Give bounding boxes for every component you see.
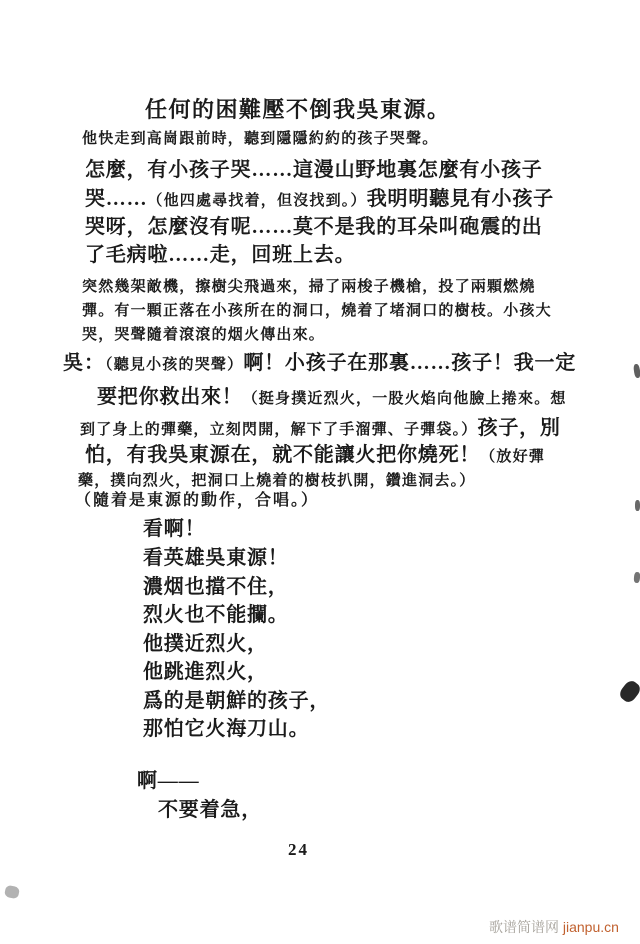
- text-segment: 濃烟也擋不住，: [143, 576, 289, 598]
- chorus-verse-line: 那怕它火海刀山。: [143, 718, 309, 741]
- text-segment: 不要着急，: [158, 799, 262, 821]
- text-segment: 突然幾架敵機，擦樹尖飛過來，掃了兩梭子機槍，投了兩顆燃燒: [82, 279, 536, 295]
- page-number: 24: [288, 840, 309, 860]
- text-segment: 看啊！: [143, 518, 205, 540]
- text-segment: 啊——: [137, 770, 199, 792]
- chorus-verse-line: 濃烟也擋不住，: [143, 576, 289, 599]
- stage-direction-line: 藥，撲向烈火，把洞口上燒着的樹枝扒開，鑽進洞去。）: [78, 472, 476, 490]
- stage-direction-line: （隨着是東源的動作，合唱。）: [75, 492, 319, 510]
- text-segment: 藥，撲向烈火，把洞口上燒着的樹枝扒開，鑽進洞去。）: [78, 473, 476, 489]
- chorus-verse-line: 爲的是朝鮮的孩子，: [143, 690, 330, 713]
- chorus-verse-line: 啊——: [137, 770, 199, 793]
- text-segment: 了毛病啦……走，回班上去。: [85, 244, 355, 266]
- text-segment: （他四處尋找着，但沒找到。）: [147, 193, 366, 209]
- text-segment: 彈。有一顆正落在小孩所在的洞口，燒着了堵洞口的樹枝。小孩大: [82, 303, 552, 319]
- dialogue-line: 怎麼，有小孩子哭……這漫山野地裏怎麼有小孩子: [85, 159, 543, 182]
- speaker-dialogue-line: 吳：（聽見小孩的哭聲）啊！小孩子在那裏……孩子！我一定: [63, 352, 576, 375]
- text-segment: （放好彈: [480, 449, 545, 465]
- chorus-verse-line: 他撲近烈火，: [143, 633, 268, 656]
- text-segment: 到了身上的彈藥，立刻閃開，解下了手溜彈、子彈袋。）: [80, 422, 478, 438]
- text-segment: 哭，哭聲隨着滾滾的烟火傳出來。: [82, 327, 325, 343]
- scan-artifact: [634, 572, 640, 583]
- dialogue-line: 到了身上的彈藥，立刻閃開，解下了手溜彈、子彈袋。）孩子，別: [80, 417, 561, 440]
- stage-direction-line: 彈。有一顆正落在小孩所在的洞口，燒着了堵洞口的樹枝。小孩大: [82, 302, 552, 320]
- chorus-verse-line: 不要着急，: [158, 799, 262, 822]
- scan-artifact: [617, 678, 640, 704]
- watermark-site-name: 歌谱简谱网: [489, 919, 563, 935]
- dialogue-line: 哭……（他四處尋找着，但沒找到。）我明明聽見有小孩子: [85, 188, 554, 211]
- scene-heading: 任何的困難壓不倒我吳東源。: [145, 97, 451, 122]
- scanned-page: 任何的困難壓不倒我吳東源。 24 歌谱简谱网 jianpu.cn 他快走到高崗跟…: [0, 0, 640, 944]
- chorus-verse-line: 看啊！: [143, 518, 205, 541]
- text-segment: 那怕它火海刀山。: [143, 718, 309, 740]
- text-segment: 他跳進烈火，: [143, 661, 268, 683]
- stage-direction-line: 哭，哭聲隨着滾滾的烟火傳出來。: [82, 326, 325, 344]
- dialogue-line: 哭呀，怎麼沒有呢……莫不是我的耳朵叫砲震的出: [85, 216, 543, 239]
- dialogue-line: 了毛病啦……走，回班上去。: [85, 244, 355, 267]
- text-segment: 他快走到高崗跟前時，聽到隱隱約約的孩子哭聲。: [82, 131, 438, 147]
- chorus-verse-line: 他跳進烈火，: [143, 661, 268, 684]
- text-segment: 怎麼，有小孩子哭……這漫山野地裏怎麼有小孩子: [85, 159, 543, 181]
- scan-artifact: [4, 885, 20, 900]
- text-segment: 他撲近烈火，: [143, 633, 268, 655]
- scan-artifact: [635, 500, 640, 511]
- text-segment: 吳：: [63, 352, 105, 374]
- scene-heading-text: 任何的困難壓不倒我吳東源。: [145, 97, 451, 122]
- dialogue-line: 怕，有我吳東源在，就不能讓火把你燒死！（放好彈: [85, 444, 545, 467]
- dialogue-line: 要把你救出來！（挺身撲近烈火，一股火焰向他臉上捲來。想: [97, 386, 567, 409]
- watermark: 歌谱简谱网 jianpu.cn: [489, 917, 619, 937]
- text-segment: 爲的是朝鮮的孩子，: [143, 690, 330, 712]
- text-segment: （隨着是東源的動作，合唱。）: [75, 492, 319, 509]
- text-segment: 我明明聽見有小孩子: [367, 188, 554, 210]
- text-segment: （挺身撲近烈火，一股火焰向他臉上捲來。想: [243, 391, 567, 407]
- text-segment: 怕，有我吳東源在，就不能讓火把你燒死！: [85, 444, 480, 466]
- text-segment: 哭呀，怎麼沒有呢……莫不是我的耳朵叫砲震的出: [85, 216, 543, 238]
- text-segment: 啊！小孩子在那裏……孩子！我一定: [243, 352, 576, 374]
- text-segment: 看英雄吳東源！: [143, 547, 289, 569]
- watermark-domain: jianpu.cn: [563, 919, 619, 935]
- scan-artifact: [633, 364, 640, 379]
- stage-direction-line: 突然幾架敵機，擦樹尖飛過來，掃了兩梭子機槍，投了兩顆燃燒: [82, 278, 536, 296]
- text-segment: 要把你救出來！: [97, 386, 243, 408]
- stage-direction-line: 他快走到高崗跟前時，聽到隱隱約約的孩子哭聲。: [82, 130, 438, 148]
- text-segment: 哭……: [85, 188, 147, 210]
- chorus-verse-line: 烈火也不能攔。: [143, 604, 289, 627]
- text-segment: （聽見小孩的哭聲）: [105, 357, 243, 373]
- text-segment: 烈火也不能攔。: [143, 604, 289, 626]
- text-segment: 孩子，別: [478, 417, 561, 439]
- chorus-verse-line: 看英雄吳東源！: [143, 547, 289, 570]
